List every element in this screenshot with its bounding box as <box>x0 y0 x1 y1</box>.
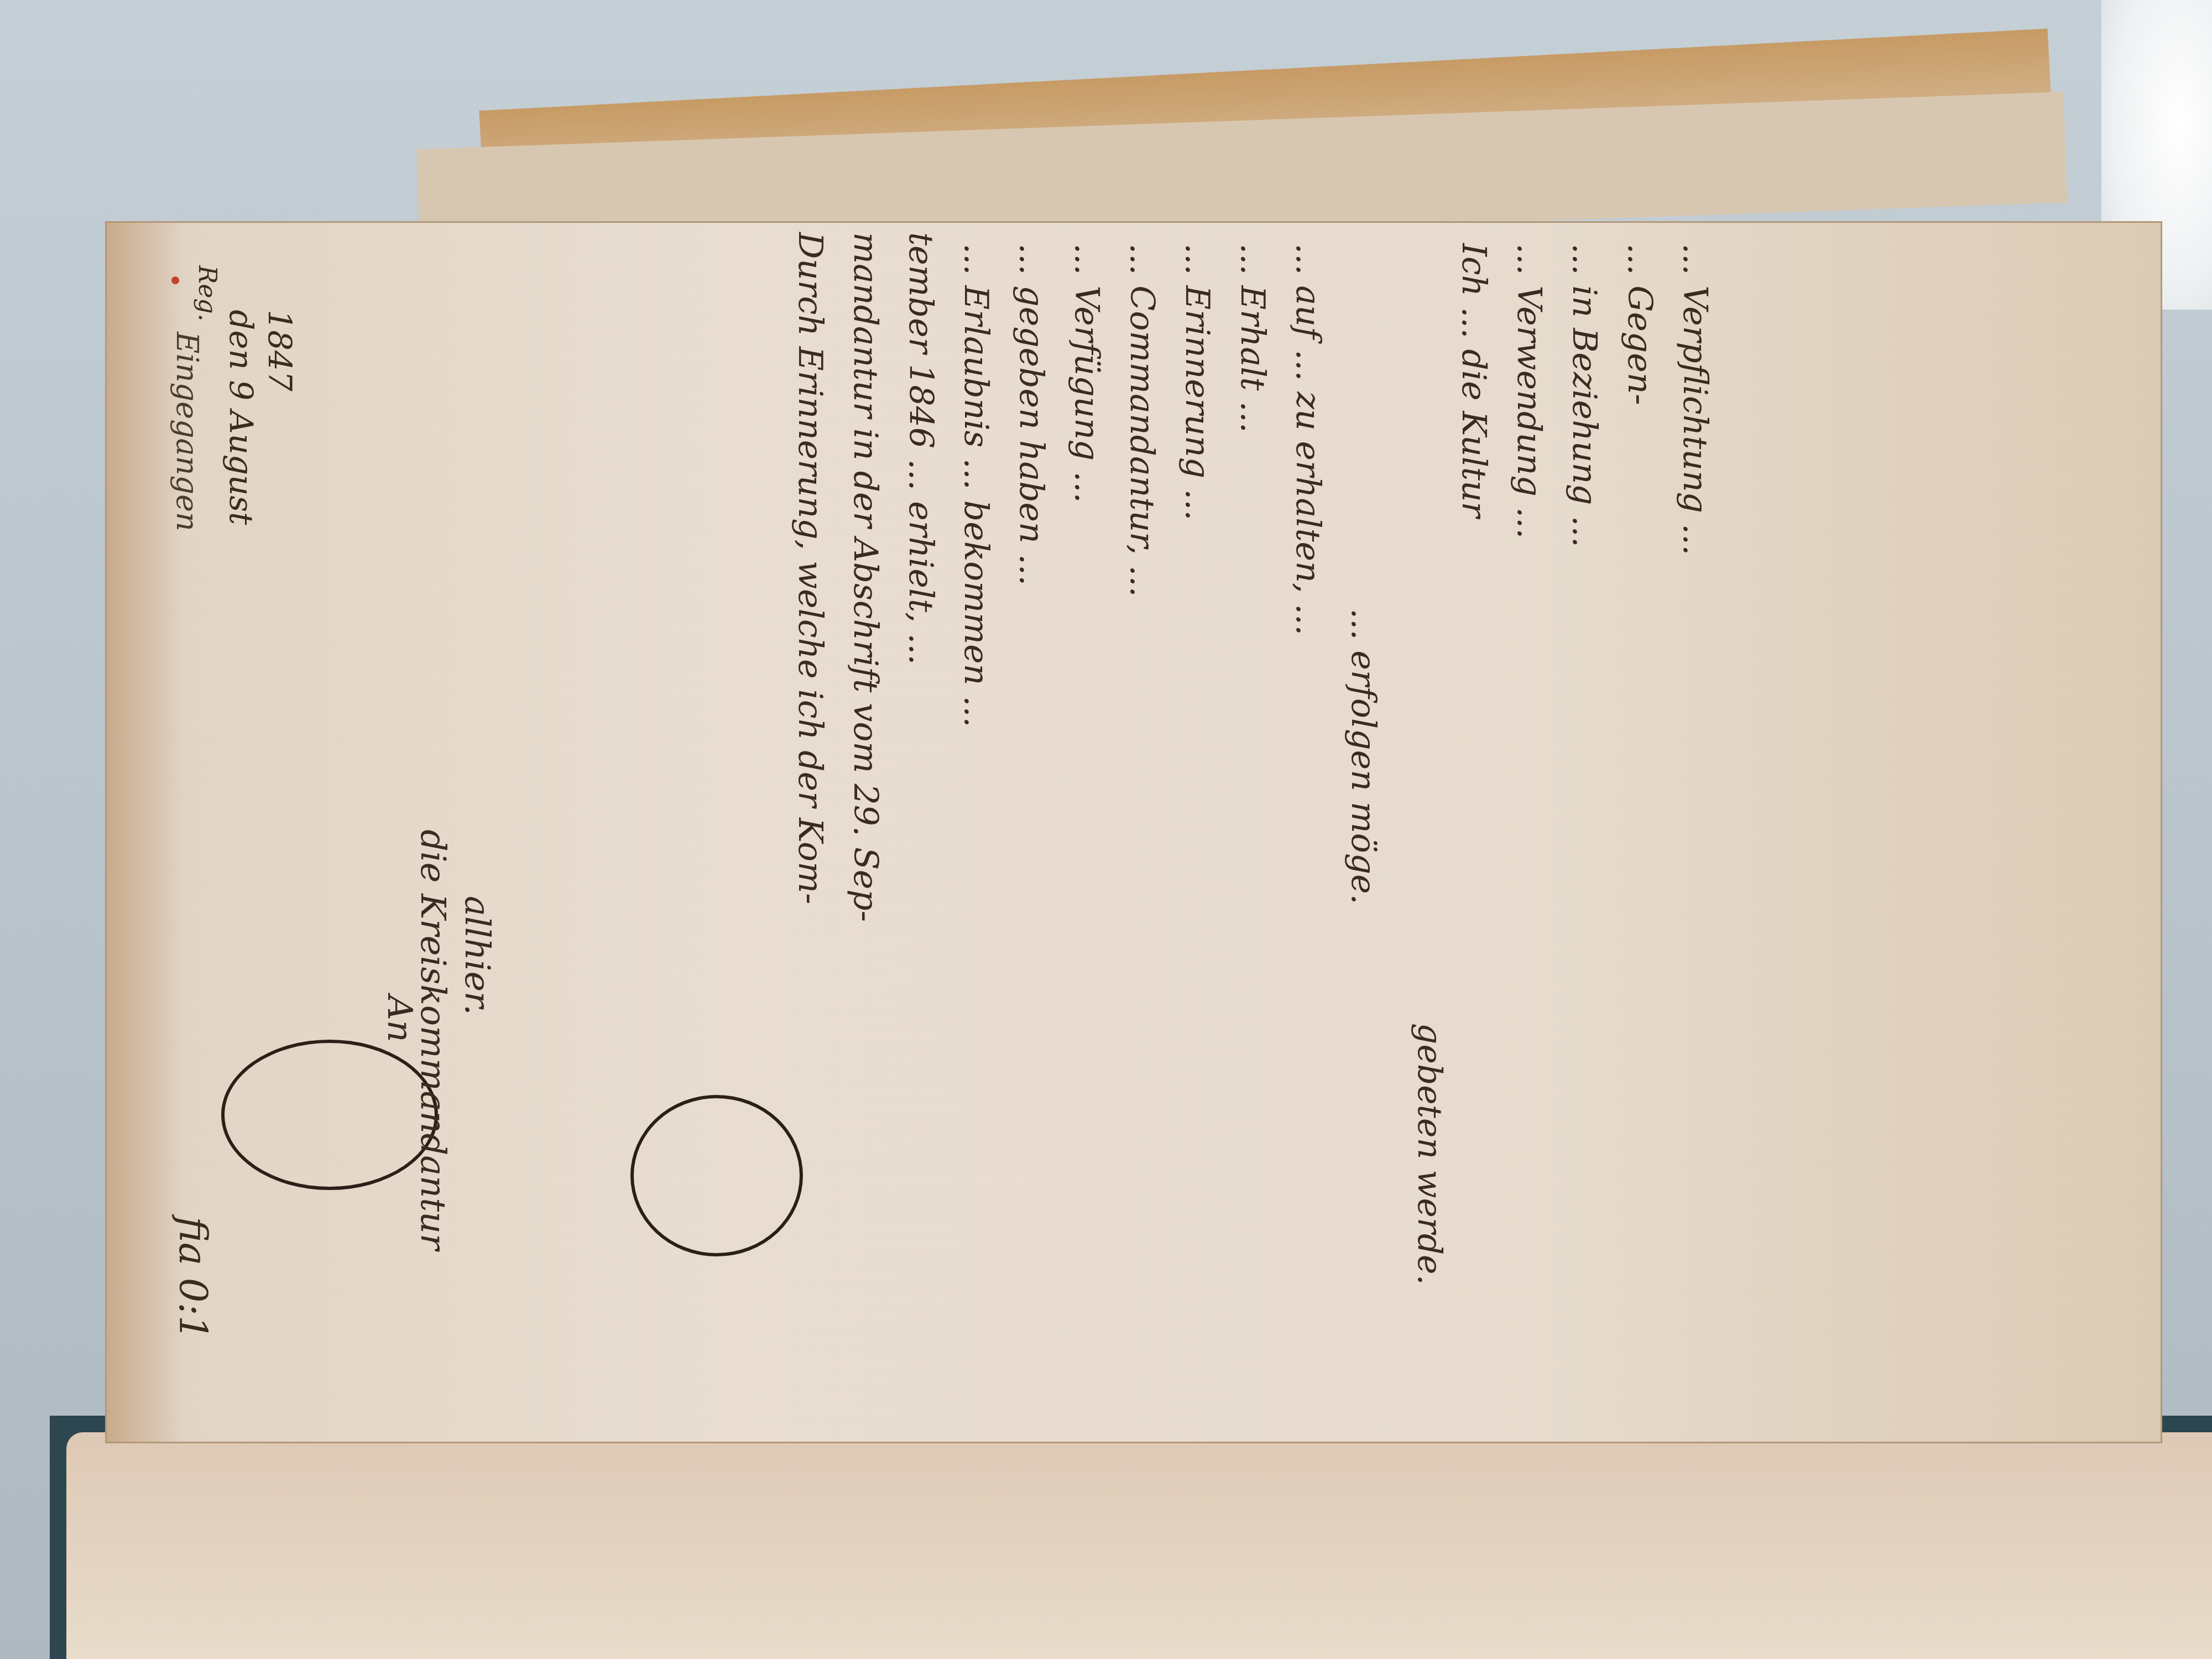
body-line: ... in Beziehung ... <box>1565 243 1604 547</box>
body-line: tember 1846 ... erhielt, ... <box>901 232 940 665</box>
body-line: ... Commandantur, ... <box>1123 243 1161 597</box>
body-initial <box>630 1095 803 1256</box>
margin-mark: Reg. <box>193 265 221 321</box>
body-line: ... Verwendung ... <box>1510 243 1548 539</box>
folio-note: fia 0:1 <box>170 1217 216 1340</box>
body-line: ... Gegen- <box>1620 243 1659 405</box>
red-ink-dot <box>171 276 179 284</box>
body-line: gebeten werde. <box>1410 1023 1449 1285</box>
body-line: ... Erhalt ... <box>1233 243 1272 433</box>
body-line: ... Erinnerung ... <box>1178 243 1217 520</box>
body-line: ... Erlaubnis ... bekommen ... <box>957 243 995 727</box>
body-line: ... Verpflichtung ... <box>1676 243 1714 555</box>
received-note: Eingegangen <box>170 332 205 531</box>
address-line-3: allhier. <box>457 896 498 1015</box>
body-line: Ich ... die Kultur <box>1454 243 1493 518</box>
date-line: den 9 August <box>222 310 260 525</box>
body-line: ... Verfügung ... <box>1067 243 1106 503</box>
body-line: ... gegeben haben ... <box>1012 243 1051 586</box>
salutation-initial <box>221 1040 438 1190</box>
year: 1847 <box>261 310 299 392</box>
lower-facing-page <box>66 1432 2212 1659</box>
body-line: ... auf ... zu erhalten, ... <box>1288 243 1327 635</box>
body-line: Durch Erinnerung, welche ich der Kom- <box>791 232 830 904</box>
body-line: mandantur in der Abschrift vom 29. Sep- <box>846 232 885 922</box>
body-line: ... erfolgen möge. <box>1344 608 1383 905</box>
address-line-2: die Kreiskommandantur <box>413 830 453 1250</box>
